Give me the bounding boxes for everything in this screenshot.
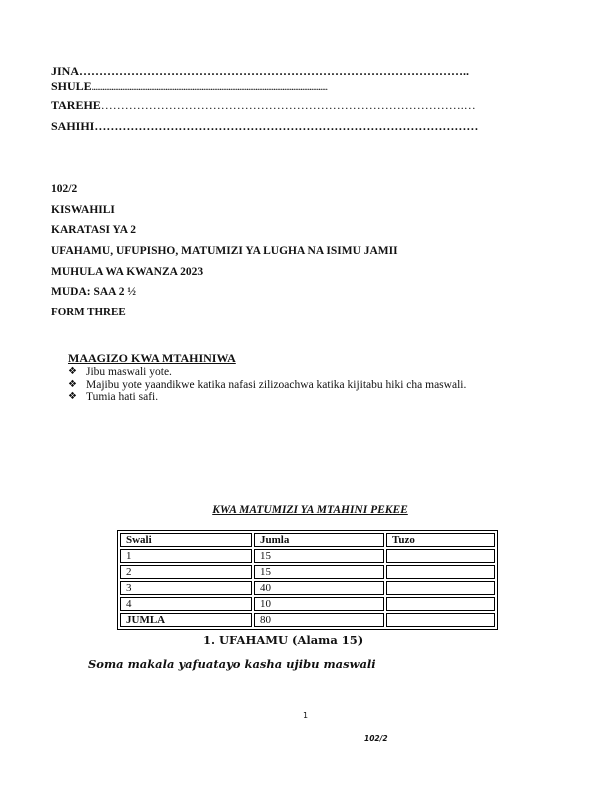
- exam-duration: MUDA: SAA 2 ½: [51, 285, 136, 299]
- question-number: 3: [120, 581, 252, 595]
- page-number: 1: [303, 711, 308, 720]
- total-label: JUMLA: [120, 613, 252, 627]
- total-max-marks: 80: [254, 613, 384, 627]
- instructions-list: ❖ Jibu maswali yote. ❖ Majibu yote yaand…: [68, 366, 466, 404]
- instruction-text: Tumia hati safi.: [86, 391, 158, 404]
- marks-table-caption-text: KWA MATUMIZI YA MTAHINI PEKEE: [212, 504, 408, 516]
- instruction-text: Jibu maswali yote.: [86, 366, 172, 379]
- question-max-marks: 40: [254, 581, 384, 595]
- subject: KISWAHILI: [51, 203, 115, 217]
- question-number: 1: [120, 549, 252, 563]
- total-score-cell[interactable]: [386, 613, 495, 627]
- instruction-item: ❖ Majibu yote yaandikwe katika nafasi zi…: [68, 379, 466, 392]
- paper-topics: UFAHAMU, UFUPISHO, MATUMIZI YA LUGHA NA …: [51, 244, 398, 258]
- question-score-cell[interactable]: [386, 549, 495, 563]
- school-blank: ........................................…: [92, 83, 328, 92]
- exam-term: MUHULA WA KWANZA 2023: [51, 265, 203, 279]
- name-blank: ……………………………………………………………………………………..: [79, 64, 469, 78]
- date-field[interactable]: TAREHE……………………………………………………………………………….…: [51, 98, 476, 112]
- table-total-row: JUMLA 80: [120, 613, 495, 627]
- instructions-title: MAAGIZO KWA MTAHINIWA: [68, 351, 236, 365]
- date-label: TAREHE: [51, 98, 101, 112]
- date-blank: ……………………………………………………………………………….…: [101, 98, 476, 112]
- table-row: 1 15: [120, 549, 495, 563]
- name-label: JINA: [51, 64, 79, 78]
- name-field[interactable]: JINA……………………………………………………………………………………..: [51, 64, 469, 78]
- header-swali: Swali: [120, 533, 252, 547]
- paper-number: KARATASI YA 2: [51, 223, 136, 237]
- table-header-row: Swali Jumla Tuzo: [120, 533, 495, 547]
- signature-field[interactable]: SAHIHI……………………………………………………………………………………: [51, 119, 478, 133]
- diamond-bullet-icon: ❖: [68, 366, 86, 379]
- question-max-marks: 15: [254, 565, 384, 579]
- instruction-item: ❖ Jibu maswali yote.: [68, 366, 466, 379]
- diamond-bullet-icon: ❖: [68, 379, 86, 392]
- school-field[interactable]: SHULE...................................…: [51, 79, 328, 95]
- question-max-marks: 10: [254, 597, 384, 611]
- table-row: 4 10: [120, 597, 495, 611]
- diamond-bullet-icon: ❖: [68, 391, 86, 404]
- header-jumla: Jumla: [254, 533, 384, 547]
- question-score-cell[interactable]: [386, 565, 495, 579]
- question-score-cell[interactable]: [386, 581, 495, 595]
- section-title: 1. UFAHAMU (Alama 15): [203, 633, 363, 647]
- form-level: FORM THREE: [51, 305, 126, 319]
- footer-paper-code: 102/2: [364, 734, 388, 743]
- marks-table: Swali Jumla Tuzo 1 15 2 15 3 40 4 10 JUM…: [117, 530, 498, 630]
- table-row: 3 40: [120, 581, 495, 595]
- instruction-item: ❖ Tumia hati safi.: [68, 391, 466, 404]
- school-label: SHULE: [51, 79, 92, 93]
- header-tuzo: Tuzo: [386, 533, 495, 547]
- marks-table-caption: KWA MATUMIZI YA MTAHINI PEKEE: [0, 503, 612, 517]
- question-max-marks: 15: [254, 549, 384, 563]
- paper-code: 102/2: [51, 182, 77, 196]
- question-number: 4: [120, 597, 252, 611]
- table-row: 2 15: [120, 565, 495, 579]
- question-number: 2: [120, 565, 252, 579]
- question-score-cell[interactable]: [386, 597, 495, 611]
- signature-blank: ……………………………………………………………………………………: [94, 119, 478, 133]
- signature-label: SAHIHI: [51, 119, 94, 133]
- section-instruction: Soma makala yafuatayo kasha ujibu maswal…: [88, 657, 376, 671]
- instruction-text: Majibu yote yaandikwe katika nafasi zili…: [86, 379, 466, 392]
